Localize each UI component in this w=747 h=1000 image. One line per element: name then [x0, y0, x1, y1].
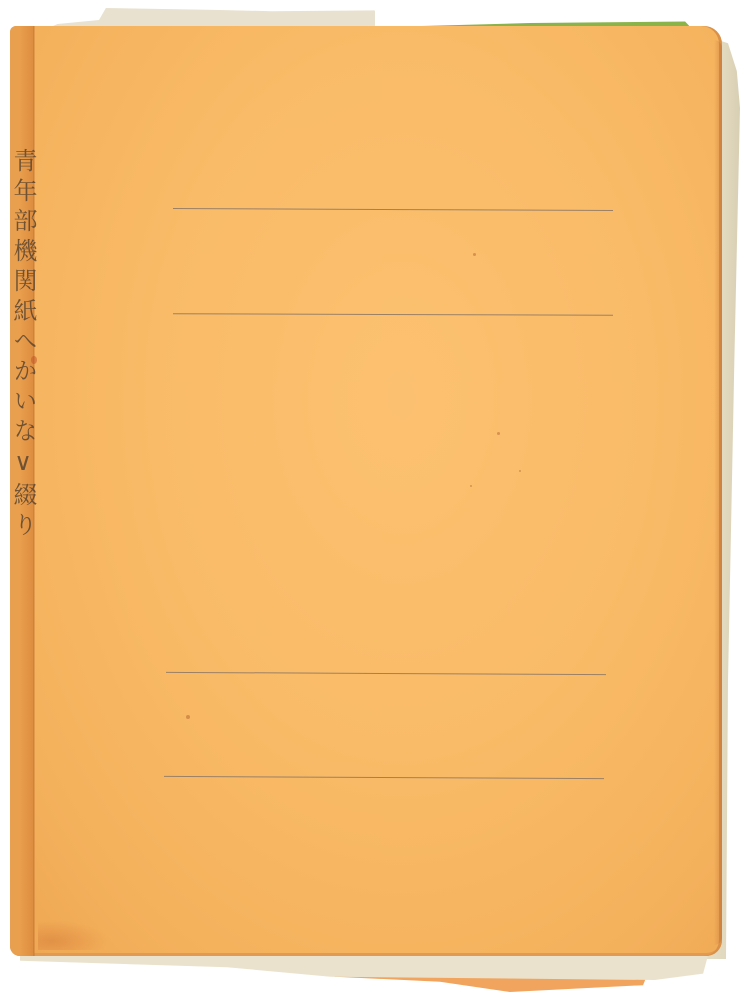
- cover-right-edge: [714, 40, 722, 945]
- corner-stain: [38, 920, 108, 950]
- stain-speck: [31, 356, 37, 364]
- stain-speck: [497, 432, 500, 435]
- stain-speck: [519, 470, 521, 472]
- stain-speck: [470, 485, 472, 487]
- stain-speck: [186, 715, 190, 719]
- stain-speck: [473, 253, 476, 256]
- folder-cover: [10, 26, 722, 956]
- folder-photo: 青年部機関紙へかいな∨綴り: [0, 0, 747, 1000]
- spine-handwritten-title: 青年部機関紙へかいな∨綴り: [8, 148, 38, 542]
